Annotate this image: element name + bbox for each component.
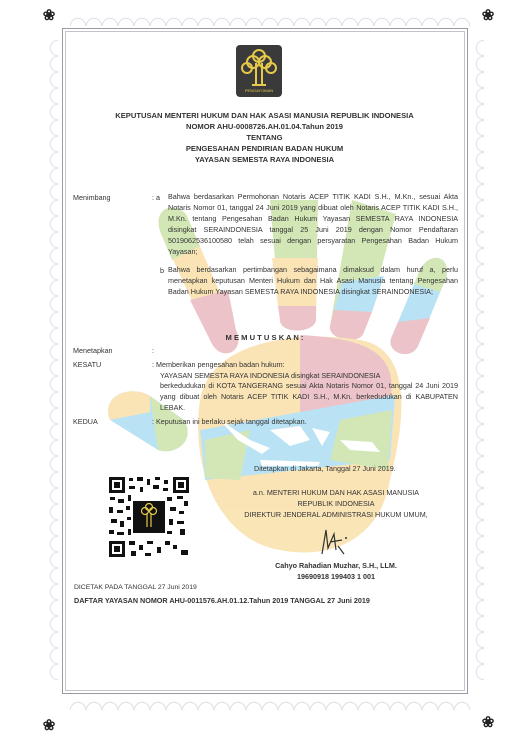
signatory-line3: DIREKTUR JENDERAL ADMINISTRASI HUKUM UMU…: [0, 510, 529, 519]
menetapkan-label: Menetapkan: [73, 346, 113, 355]
svg-text:PENGAYOMAN: PENGAYOMAN: [245, 88, 273, 93]
kesatu-line3: berkedudukan di KOTA TANGERANG sesuai Ak…: [160, 380, 458, 413]
registry-number: DAFTAR YAYASAN NOMOR AHU-0011576.AH.01.1…: [74, 596, 370, 605]
signatory-name: Cahyo Rahadian Muzhar, S.H., LLM.: [0, 561, 529, 570]
memutuskan-heading: M E M U T U S K A N :: [0, 333, 529, 342]
decree-tentang: TENTANG: [0, 133, 529, 142]
kesatu-line2: YAYASAN SEMESTA RAYA INDONESIA disingkat…: [160, 371, 380, 380]
menimbang-a-text: Bahwa berdasarkan Permohonan Notaris ACE…: [168, 191, 458, 257]
foundation-name: YAYASAN SEMESTA RAYA INDONESIA: [0, 155, 529, 164]
kedua-text: : Keputusan ini berlaku sejak tanggal di…: [152, 417, 307, 426]
signatory-nip: 19690918 199403 1 001: [0, 572, 529, 581]
menimbang-b-marker: b: [160, 266, 164, 275]
menimbang-label: Menimbang: [73, 193, 111, 202]
kesatu-label: KESATU: [73, 360, 101, 369]
printed-date: DICETAK PADA TANGGAL 27 Juni 2019: [74, 584, 197, 591]
menimbang-b-text: Bahwa berdasarkan pertimbangan sebagaima…: [168, 264, 458, 297]
signatory-line2: REPUBLIK INDONESIA: [0, 499, 529, 508]
place-date: Ditetapkan di Jakarta, Tanggal 27 Juni 2…: [254, 464, 396, 473]
kesatu-line1: : Memberikan pengesahan badan hukum:: [152, 360, 285, 369]
menetapkan-colon: :: [152, 346, 154, 355]
signature-icon: [316, 524, 348, 558]
signatory-line1: a.n. MENTERI HUKUM DAN HAK ASASI MANUSIA: [0, 488, 529, 497]
qr-code: [107, 475, 191, 559]
decree-title: KEPUTUSAN MENTERI HUKUM DAN HAK ASASI MA…: [0, 111, 529, 120]
decree-number: NOMOR AHU-0008726.AH.01.04.Tahun 2019: [0, 122, 529, 131]
pengayoman-emblem: PENGAYOMAN: [236, 45, 282, 97]
menimbang-a-marker: : a: [152, 193, 160, 202]
decree-subject: PENGESAHAN PENDIRIAN BADAN HUKUM: [0, 144, 529, 153]
kedua-label: KEDUA: [73, 417, 98, 426]
tree-emblem-icon: PENGAYOMAN: [236, 45, 282, 97]
